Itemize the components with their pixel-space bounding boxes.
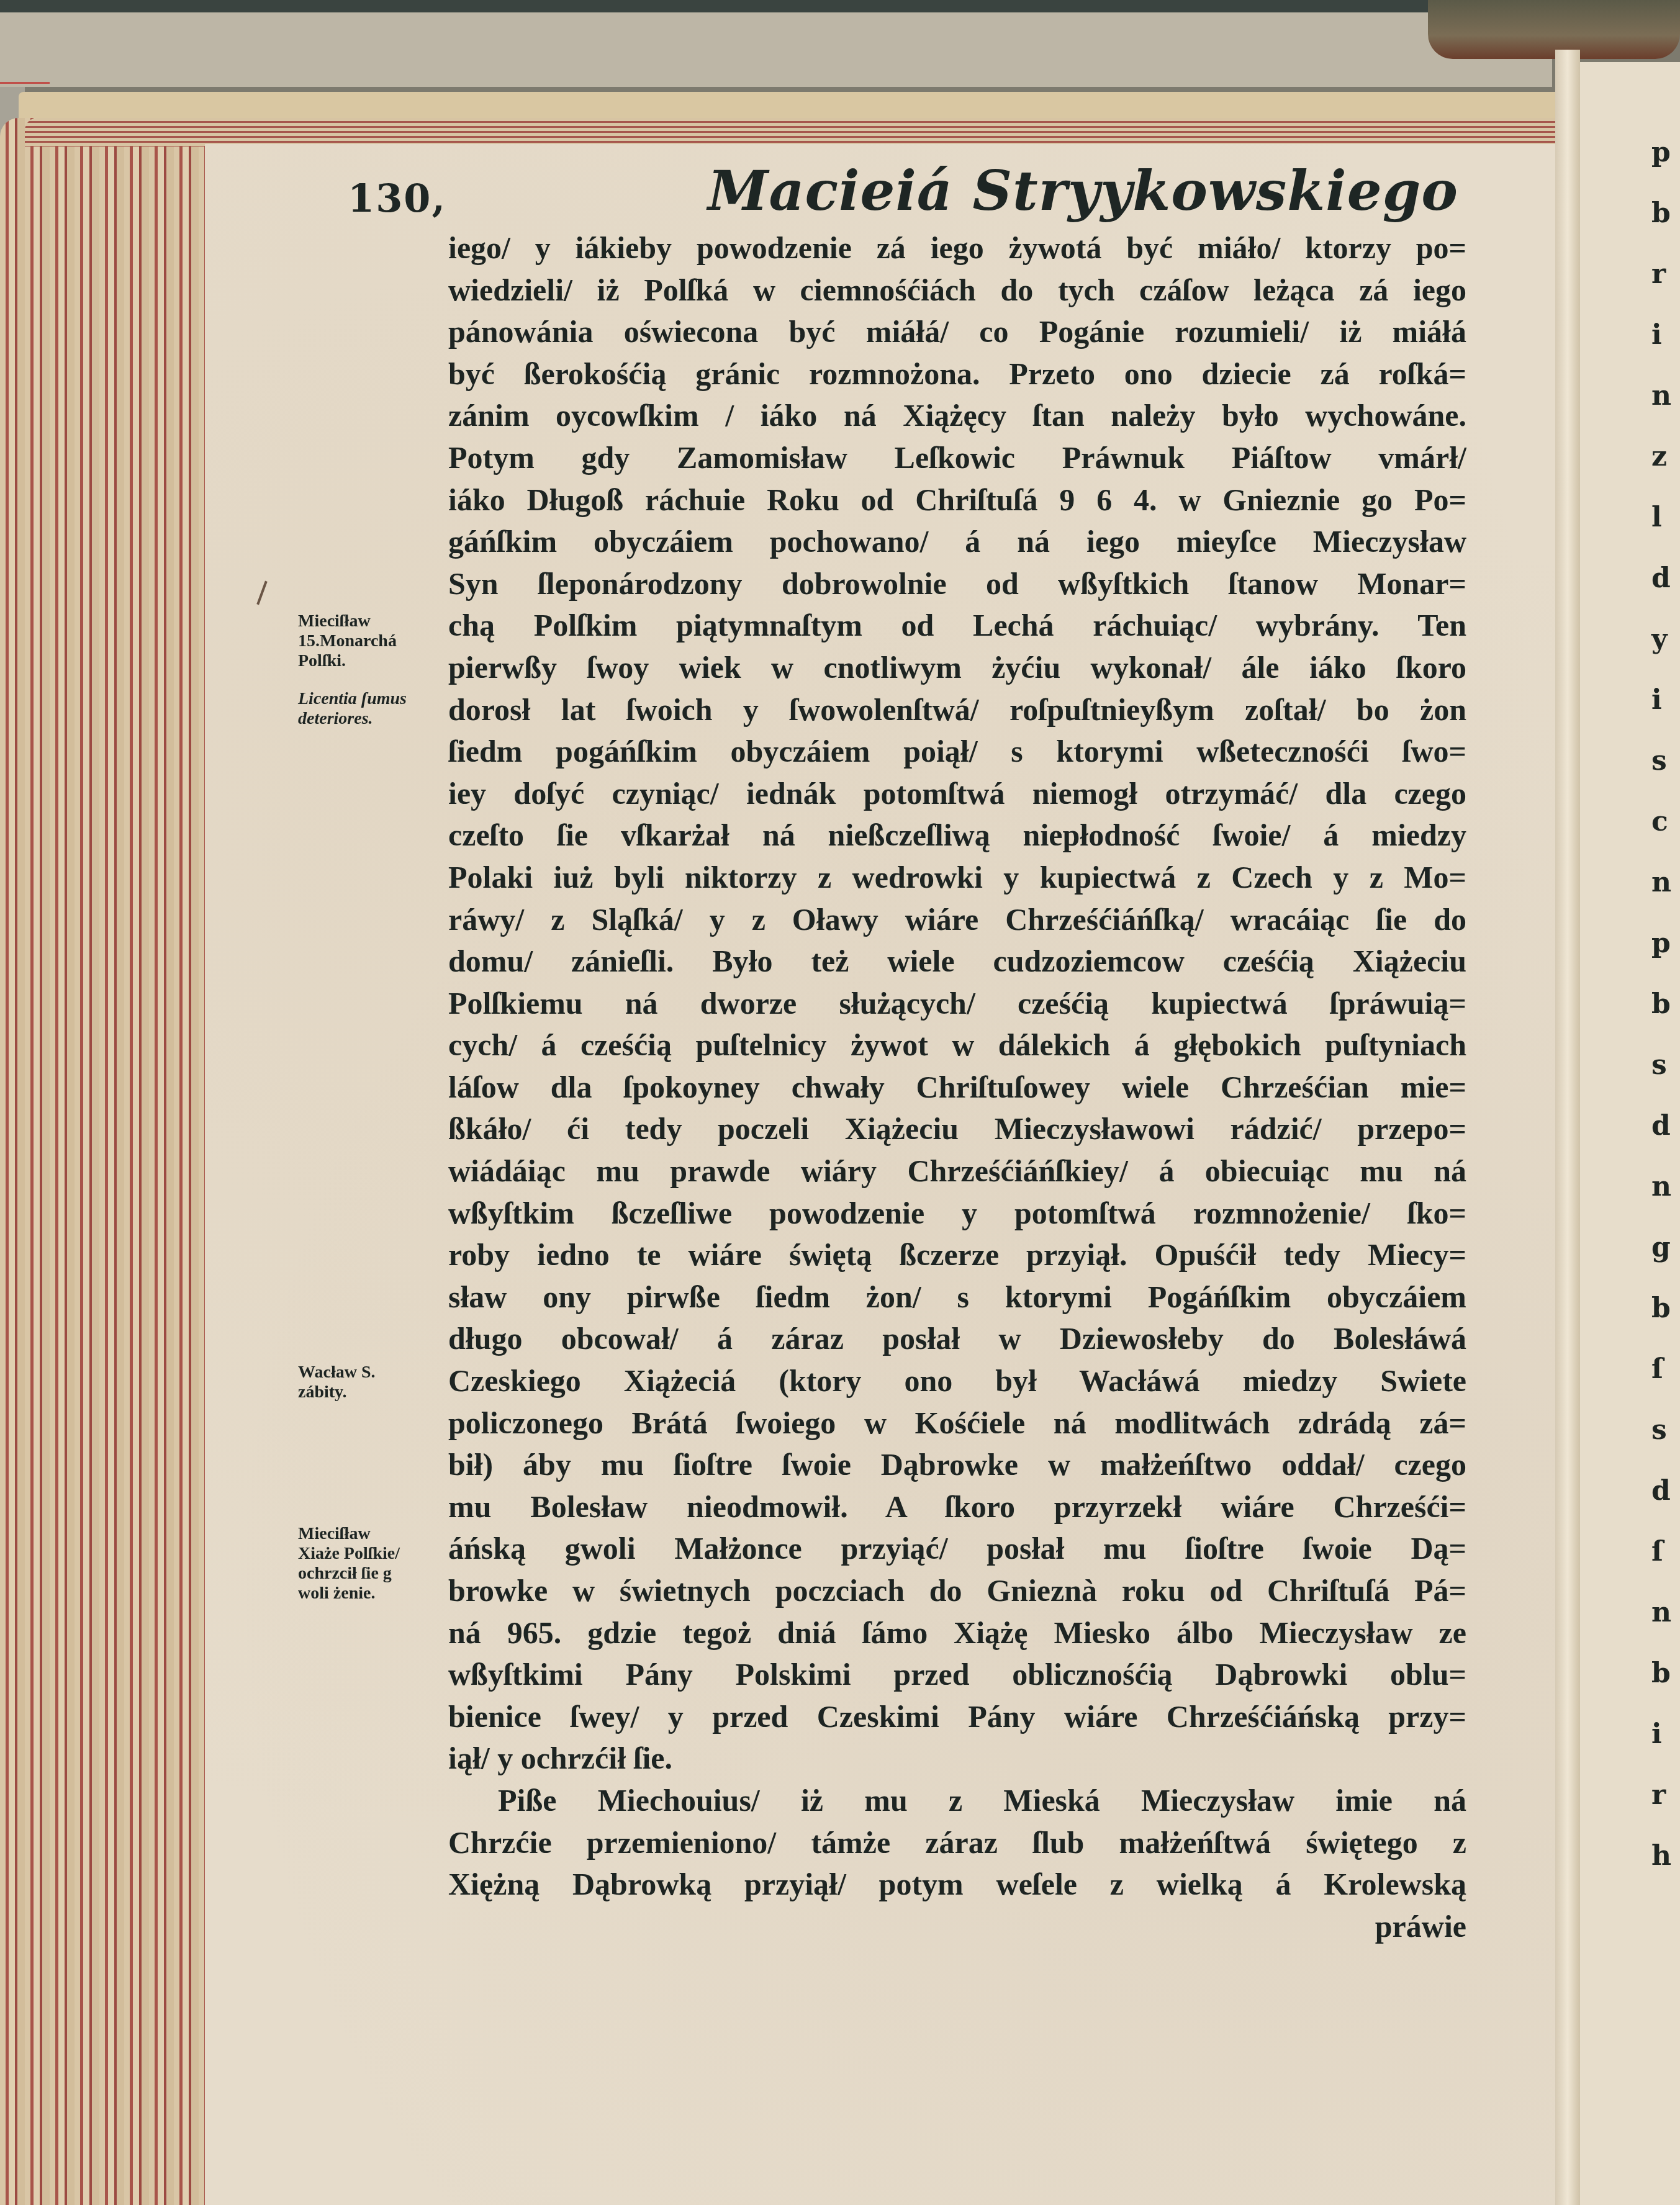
text-line: iáko Długoß ráchuie Roku od Chriſtuſá 9 …	[448, 482, 1466, 524]
text-line: iego/ y iákieby powodzenie zá iego żywot…	[448, 230, 1466, 272]
text-line: ráwy/ z Sląſká/ y z Oławy wiáre Chrześći…	[448, 901, 1466, 944]
text-line: dorosł lat ſwoich y ſwowolenſtwá/ roſpuſ…	[448, 692, 1466, 734]
text-line: policzonego Brátá ſwoiego w Kośćiele ná …	[448, 1405, 1466, 1447]
text-line: wiádáiąc mu prawde wiáry Chrześćiáńſkiey…	[448, 1153, 1466, 1195]
text-line: Xiężną Dąbrowką przyiął/ potym weſele z …	[448, 1866, 1466, 1908]
text-line: Polſkiemu ná dworze służących/ cześćią k…	[448, 985, 1466, 1027]
text-line: ßkáło/ ći tedy poczeli Xiążeciu Mieczysł…	[448, 1111, 1466, 1153]
text-line: iął/ y ochrzćił ſie.	[448, 1740, 1466, 1782]
facing-page-text-fragment: pbrinzldyiscnpbsdngbſsdſnbirh	[1651, 137, 1680, 2061]
text-line: wßyſtkim ßczeſliwe powodzenie y potomſtw…	[448, 1195, 1466, 1237]
text-line: wiedzieli/ iż Polſká w ciemnośćiách do t…	[448, 272, 1466, 314]
red-rule-line	[0, 82, 50, 84]
running-head: Macieiá Stryykowskiego	[708, 158, 1458, 223]
text-line: ſiedm pogáńſkim obyczáiem poiął/ s ktory…	[448, 733, 1466, 775]
text-line: Czeskiego Xiążeciá (ktory ono był Wacłáw…	[448, 1363, 1466, 1405]
text-line: sław ony pirwße ſiedm żon/ s ktorymi Pog…	[448, 1279, 1466, 1321]
margin-note-mieczyslaw-monarch: Mieciſław 15.Monarchá Polſki.	[298, 611, 441, 671]
text-line: domu/ zánieſli. Było też wiele cudzoziem…	[448, 943, 1466, 985]
text-line: pánowánia oświecona być miáłá/ co Pogáni…	[448, 313, 1466, 356]
text-line: gáńſkim obyczáiem pochowano/ á ná iego m…	[448, 523, 1466, 566]
text-line: láſow dla ſpokoyney chwały Chriſtuſowey …	[448, 1069, 1466, 1111]
book-cover-board	[0, 12, 1552, 87]
text-line: mu Bolesław nieodmowił. A ſkoro przyrzek…	[448, 1489, 1466, 1531]
text-line: chą Polſkim piątymnaſtym od Lechá ráchui…	[448, 607, 1466, 649]
text-line: bił) áby mu ſioſtre ſwoie Dąbrowke w mał…	[448, 1446, 1466, 1489]
text-line: być ßerokośćią gránic rozmnożona. Przeto…	[448, 356, 1466, 398]
text-line: bienice ſwey/ y przed Czeskimi Pány wiár…	[448, 1698, 1466, 1741]
text-line: iey doſyć czyniąc/ iednák potomſtwá niem…	[448, 775, 1466, 818]
text-line: pierwßy ſwoy wiek w cnotliwym żyćiu wyko…	[448, 649, 1466, 692]
body-text: iego/ y iákieby powodzenie zá iego żywot…	[448, 230, 1466, 1950]
margin-note-baptism: Mieciſław Xiaże Polſkie/ ochrzcił ſie g …	[298, 1524, 441, 1603]
text-line: Piße Miechouius/ iż mu z Mieská Mieczysł…	[448, 1782, 1466, 1824]
text-line: áńską gwoli Małżonce przyiąć/ posłał mu …	[448, 1530, 1466, 1572]
text-line: długo obcował/ á záraz posłał w Dziewosł…	[448, 1320, 1466, 1363]
text-line: Syn ſleponárodzony dobrowolnie od wßyſtk…	[448, 566, 1466, 608]
catchword: práwie	[448, 1908, 1466, 1950]
text-line: wßyſtkimi Pány Polskimi przed obliczność…	[448, 1656, 1466, 1698]
text-line: Potym gdy Zamomisław Leſkowic Práwnuk Pi…	[448, 440, 1466, 482]
red-page-edges	[0, 118, 211, 2205]
book-binding-headband	[1428, 0, 1680, 59]
book-gutter	[1555, 50, 1580, 2205]
text-line: zánim oycowſkim / iáko ná Xiążęcy ſtan n…	[448, 397, 1466, 440]
text-line: Polaki iuż byli niktorzy z wedrowki y ku…	[448, 859, 1466, 901]
text-line: roby iedno te wiáre świętą ßczerze przyi…	[448, 1237, 1466, 1279]
text-line: czeſto ſie vſkarżał ná nießczeſliwą niep…	[448, 817, 1466, 859]
margin-note-waclaw: Wacław S. zábity.	[298, 1363, 441, 1402]
margin-note-licentia: Licentia ſumus deteriores.	[298, 689, 441, 729]
page-number: 130,	[348, 176, 446, 221]
red-page-edges-top	[25, 118, 1565, 147]
text-line: cych/ á cześćią puſtelnicy żywot w dálek…	[448, 1027, 1466, 1069]
text-line: browke w świetnych poczciach do Gnieznà …	[448, 1572, 1466, 1615]
text-line: ná 965. gdzie tegoż dniá ſámo Xiążę Mies…	[448, 1615, 1466, 1657]
text-line: Chrzćie przemieniono/ támże záraz ſlub m…	[448, 1824, 1466, 1867]
